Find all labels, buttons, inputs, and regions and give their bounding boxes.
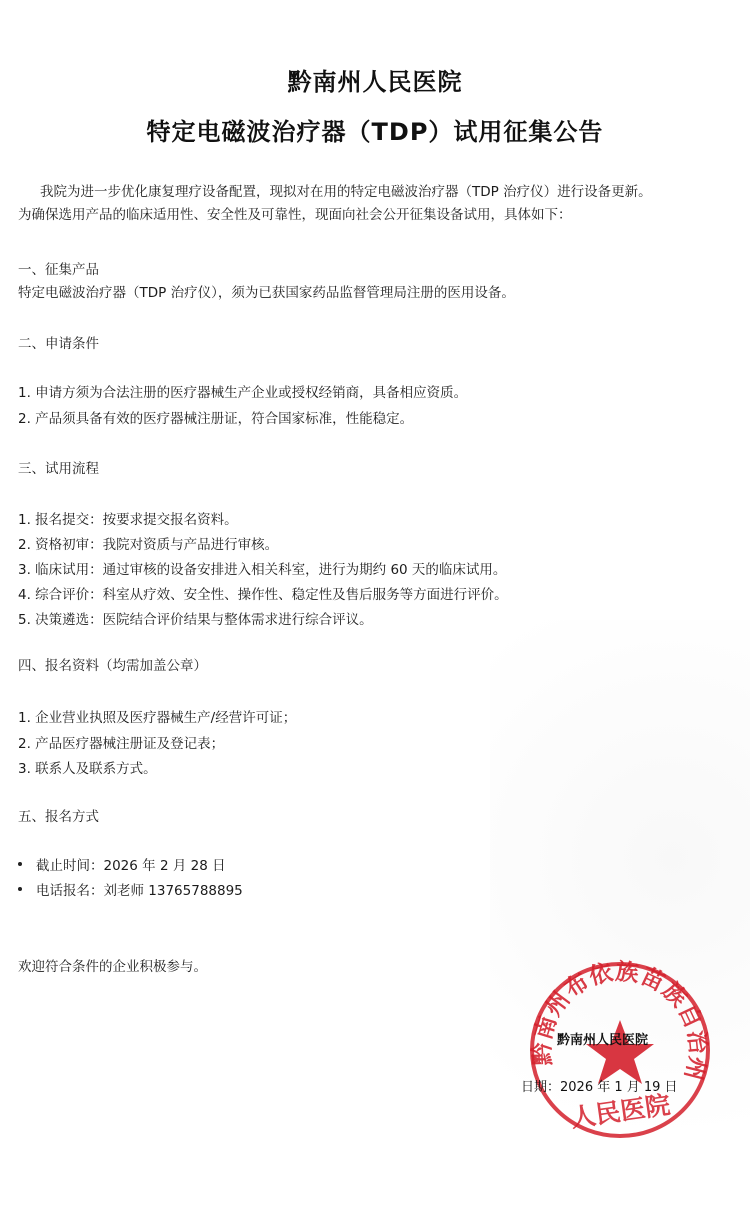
- material-item: 1. 企业营业执照及医疗器械生产/经营许可证；: [18, 709, 296, 727]
- process-step: 1. 报名提交：按要求提交报名资料。: [18, 511, 238, 529]
- bullet-icon: [18, 887, 22, 891]
- scan-noise: [490, 620, 750, 1215]
- svg-text:黔南州布依族苗族自治州: 黔南州布依族苗族自治州: [529, 958, 712, 1083]
- material-item: 2. 产品医疗器械注册证及登记表；: [18, 735, 224, 753]
- section-product-text: 特定电磁波治疗器（TDP 治疗仪），须为已获国家药品监督管理局注册的医用设备。: [18, 284, 515, 302]
- section-heading-materials: 四、报名资料（均需加盖公章）: [18, 657, 207, 675]
- bullet-icon: [18, 862, 22, 866]
- document-title-hospital: 黔南州人民医院: [0, 62, 750, 97]
- svg-text:人民医院: 人民医院: [569, 1090, 672, 1133]
- signature-date: 日期：2026 年 1 月 19 日: [521, 1076, 678, 1095]
- intro-paragraph-line2: 为确保选用产品的临床适用性、安全性及可靠性，现面向社会公开征集设备试用，具体如下…: [18, 206, 572, 224]
- intro-paragraph-line1: 我院为进一步优化康复理疗设备配置，现拟对在用的特定电磁波治疗器（TDP 治疗仪）…: [40, 183, 652, 201]
- section-heading-process: 三、试用流程: [18, 460, 99, 478]
- registration-phone-text: 电话报名：刘老师 13765788895: [36, 883, 243, 899]
- official-seal: 黔南州布依族苗族自治州 人民医院: [525, 958, 715, 1140]
- process-step: 2. 资格初审：我院对资质与产品进行审核。: [18, 536, 278, 554]
- condition-item: 1. 申请方须为合法注册的医疗器械生产企业或授权经销商，具备相应资质。: [18, 384, 467, 402]
- section-heading-product: 一、征集产品: [18, 261, 99, 279]
- condition-item: 2. 产品须具备有效的医疗器械注册证，符合国家标准，性能稳定。: [18, 410, 413, 428]
- process-step: 3. 临床试用：通过审核的设备安排进入相关科室，进行为期约 60 天的临床试用。: [18, 561, 506, 579]
- section-heading-registration: 五、报名方式: [18, 808, 99, 826]
- registration-deadline: 截止时间：2026 年 2 月 28 日: [18, 857, 226, 875]
- registration-deadline-text: 截止时间：2026 年 2 月 28 日: [36, 858, 226, 874]
- registration-phone: 电话报名：刘老师 13765788895: [18, 882, 243, 900]
- signature-organization: 黔南州人民医院: [557, 1029, 648, 1048]
- process-step: 5. 决策遴选：医院结合评价结果与整体需求进行综合评议。: [18, 611, 373, 629]
- section-heading-conditions: 二、申请条件: [18, 335, 99, 353]
- document-title-announcement: 特定电磁波治疗器（TDP）试用征集公告: [0, 112, 750, 147]
- document-page: 黔南州人民医院 特定电磁波治疗器（TDP）试用征集公告 我院为进一步优化康复理疗…: [0, 0, 750, 1215]
- closing-text: 欢迎符合条件的企业积极参与。: [18, 958, 207, 976]
- process-step: 4. 综合评价：科室从疗效、安全性、操作性、稳定性及售后服务等方面进行评价。: [18, 586, 508, 604]
- material-item: 3. 联系人及联系方式。: [18, 760, 157, 778]
